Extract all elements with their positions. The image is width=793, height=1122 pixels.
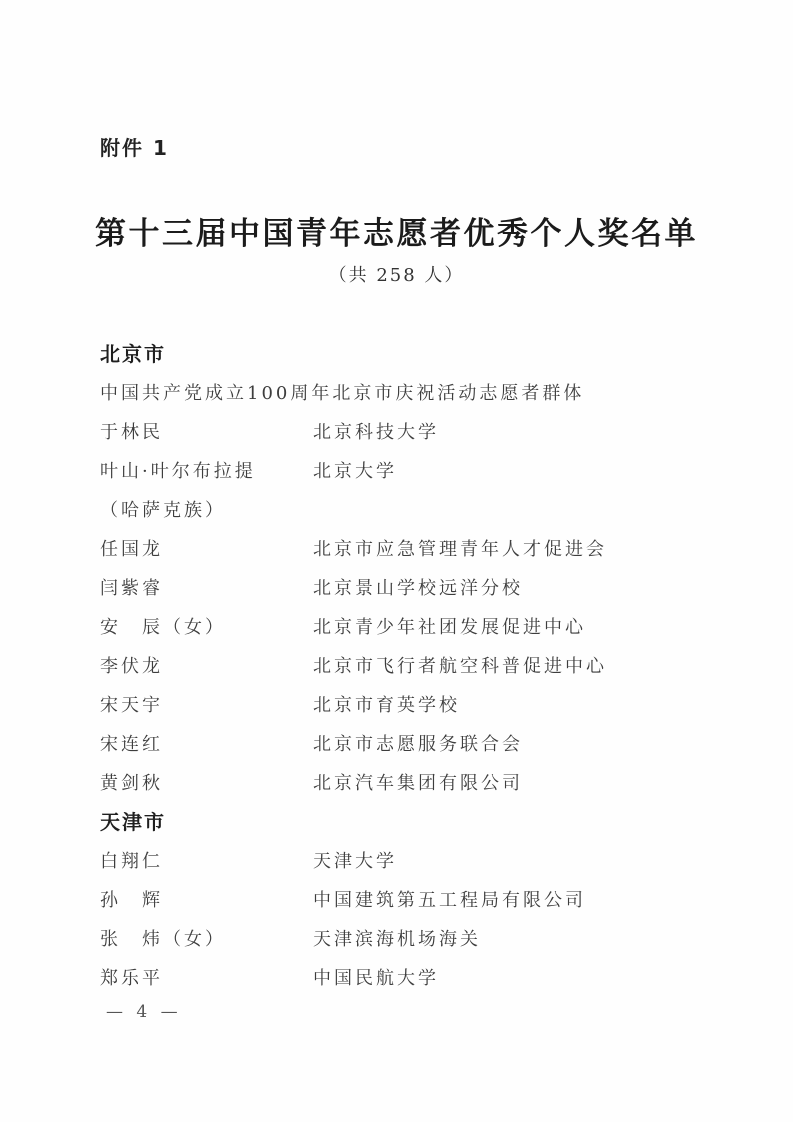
person-name: 任国龙 bbox=[100, 535, 313, 561]
entry-row: 孙 辉中国建筑第五工程局有限公司 bbox=[100, 879, 700, 918]
person-org: 北京市飞行者航空科普促进中心 bbox=[313, 652, 700, 678]
person-org: 北京市志愿服务联合会 bbox=[313, 730, 700, 756]
entry-row: 闫紫睿北京景山学校远洋分校 bbox=[100, 567, 700, 606]
person-org: 北京市育英学校 bbox=[313, 691, 700, 717]
person-name: 黄剑秋 bbox=[100, 769, 313, 795]
group-entry: 中国共产党成立100周年北京市庆祝活动志愿者群体 bbox=[100, 372, 700, 411]
document-page: 附件 1 第十三届中国青年志愿者优秀个人奖名单 （共 258 人） 北京市中国共… bbox=[0, 0, 793, 1122]
person-org: 北京景山学校远洋分校 bbox=[313, 574, 700, 600]
entry-row: 任国龙北京市应急管理青年人才促进会 bbox=[100, 528, 700, 567]
person-name: 白翔仁 bbox=[100, 847, 313, 873]
entry-row: 宋天宇北京市育英学校 bbox=[100, 684, 700, 723]
person-name: 宋天宇 bbox=[100, 691, 313, 717]
entry-row: 张 炜（女）天津滨海机场海关 bbox=[100, 918, 700, 957]
section-heading: 北京市 bbox=[100, 333, 700, 372]
person-org: 天津滨海机场海关 bbox=[313, 925, 700, 951]
person-name: 李伏龙 bbox=[100, 652, 313, 678]
entry-row: 黄剑秋北京汽车集团有限公司 bbox=[100, 762, 700, 801]
person-name: 郑乐平 bbox=[100, 964, 313, 990]
page-title: 第十三届中国青年志愿者优秀个人奖名单 bbox=[0, 208, 793, 253]
person-name: 于林民 bbox=[100, 418, 313, 444]
attachment-label: 附件 1 bbox=[100, 132, 169, 161]
people-count: （共 258 人） bbox=[0, 261, 793, 287]
person-org: 北京科技大学 bbox=[313, 418, 700, 444]
entry-row: 于林民北京科技大学 bbox=[100, 411, 700, 450]
person-org: 北京青少年社团发展促进中心 bbox=[313, 613, 700, 639]
entry-row: 叶山·叶尔布拉提北京大学 bbox=[100, 450, 700, 489]
entry-row: 安 辰（女）北京青少年社团发展促进中心 bbox=[100, 606, 700, 645]
person-name: 张 炜（女） bbox=[100, 925, 313, 951]
person-org: 北京市应急管理青年人才促进会 bbox=[313, 535, 700, 561]
entry-row: 宋连红北京市志愿服务联合会 bbox=[100, 723, 700, 762]
roster: 北京市中国共产党成立100周年北京市庆祝活动志愿者群体于林民北京科技大学叶山·叶… bbox=[100, 333, 700, 996]
entry-row: 郑乐平中国民航大学 bbox=[100, 957, 700, 996]
entry-row: 李伏龙北京市飞行者航空科普促进中心 bbox=[100, 645, 700, 684]
person-name: 孙 辉 bbox=[100, 886, 313, 912]
page-number: — 4 — bbox=[106, 1002, 182, 1022]
person-org: 中国民航大学 bbox=[313, 964, 700, 990]
ethnic-note: （哈萨克族） bbox=[100, 489, 700, 528]
person-name: 闫紫睿 bbox=[100, 574, 313, 600]
section-heading: 天津市 bbox=[100, 801, 700, 840]
person-org: 北京大学 bbox=[313, 457, 700, 483]
entry-row: 白翔仁天津大学 bbox=[100, 840, 700, 879]
person-name: 安 辰（女） bbox=[100, 613, 313, 639]
person-org: 天津大学 bbox=[313, 847, 700, 873]
person-org: 中国建筑第五工程局有限公司 bbox=[313, 886, 700, 912]
person-name: 叶山·叶尔布拉提 bbox=[100, 457, 313, 483]
person-org: 北京汽车集团有限公司 bbox=[313, 769, 700, 795]
person-name: 宋连红 bbox=[100, 730, 313, 756]
